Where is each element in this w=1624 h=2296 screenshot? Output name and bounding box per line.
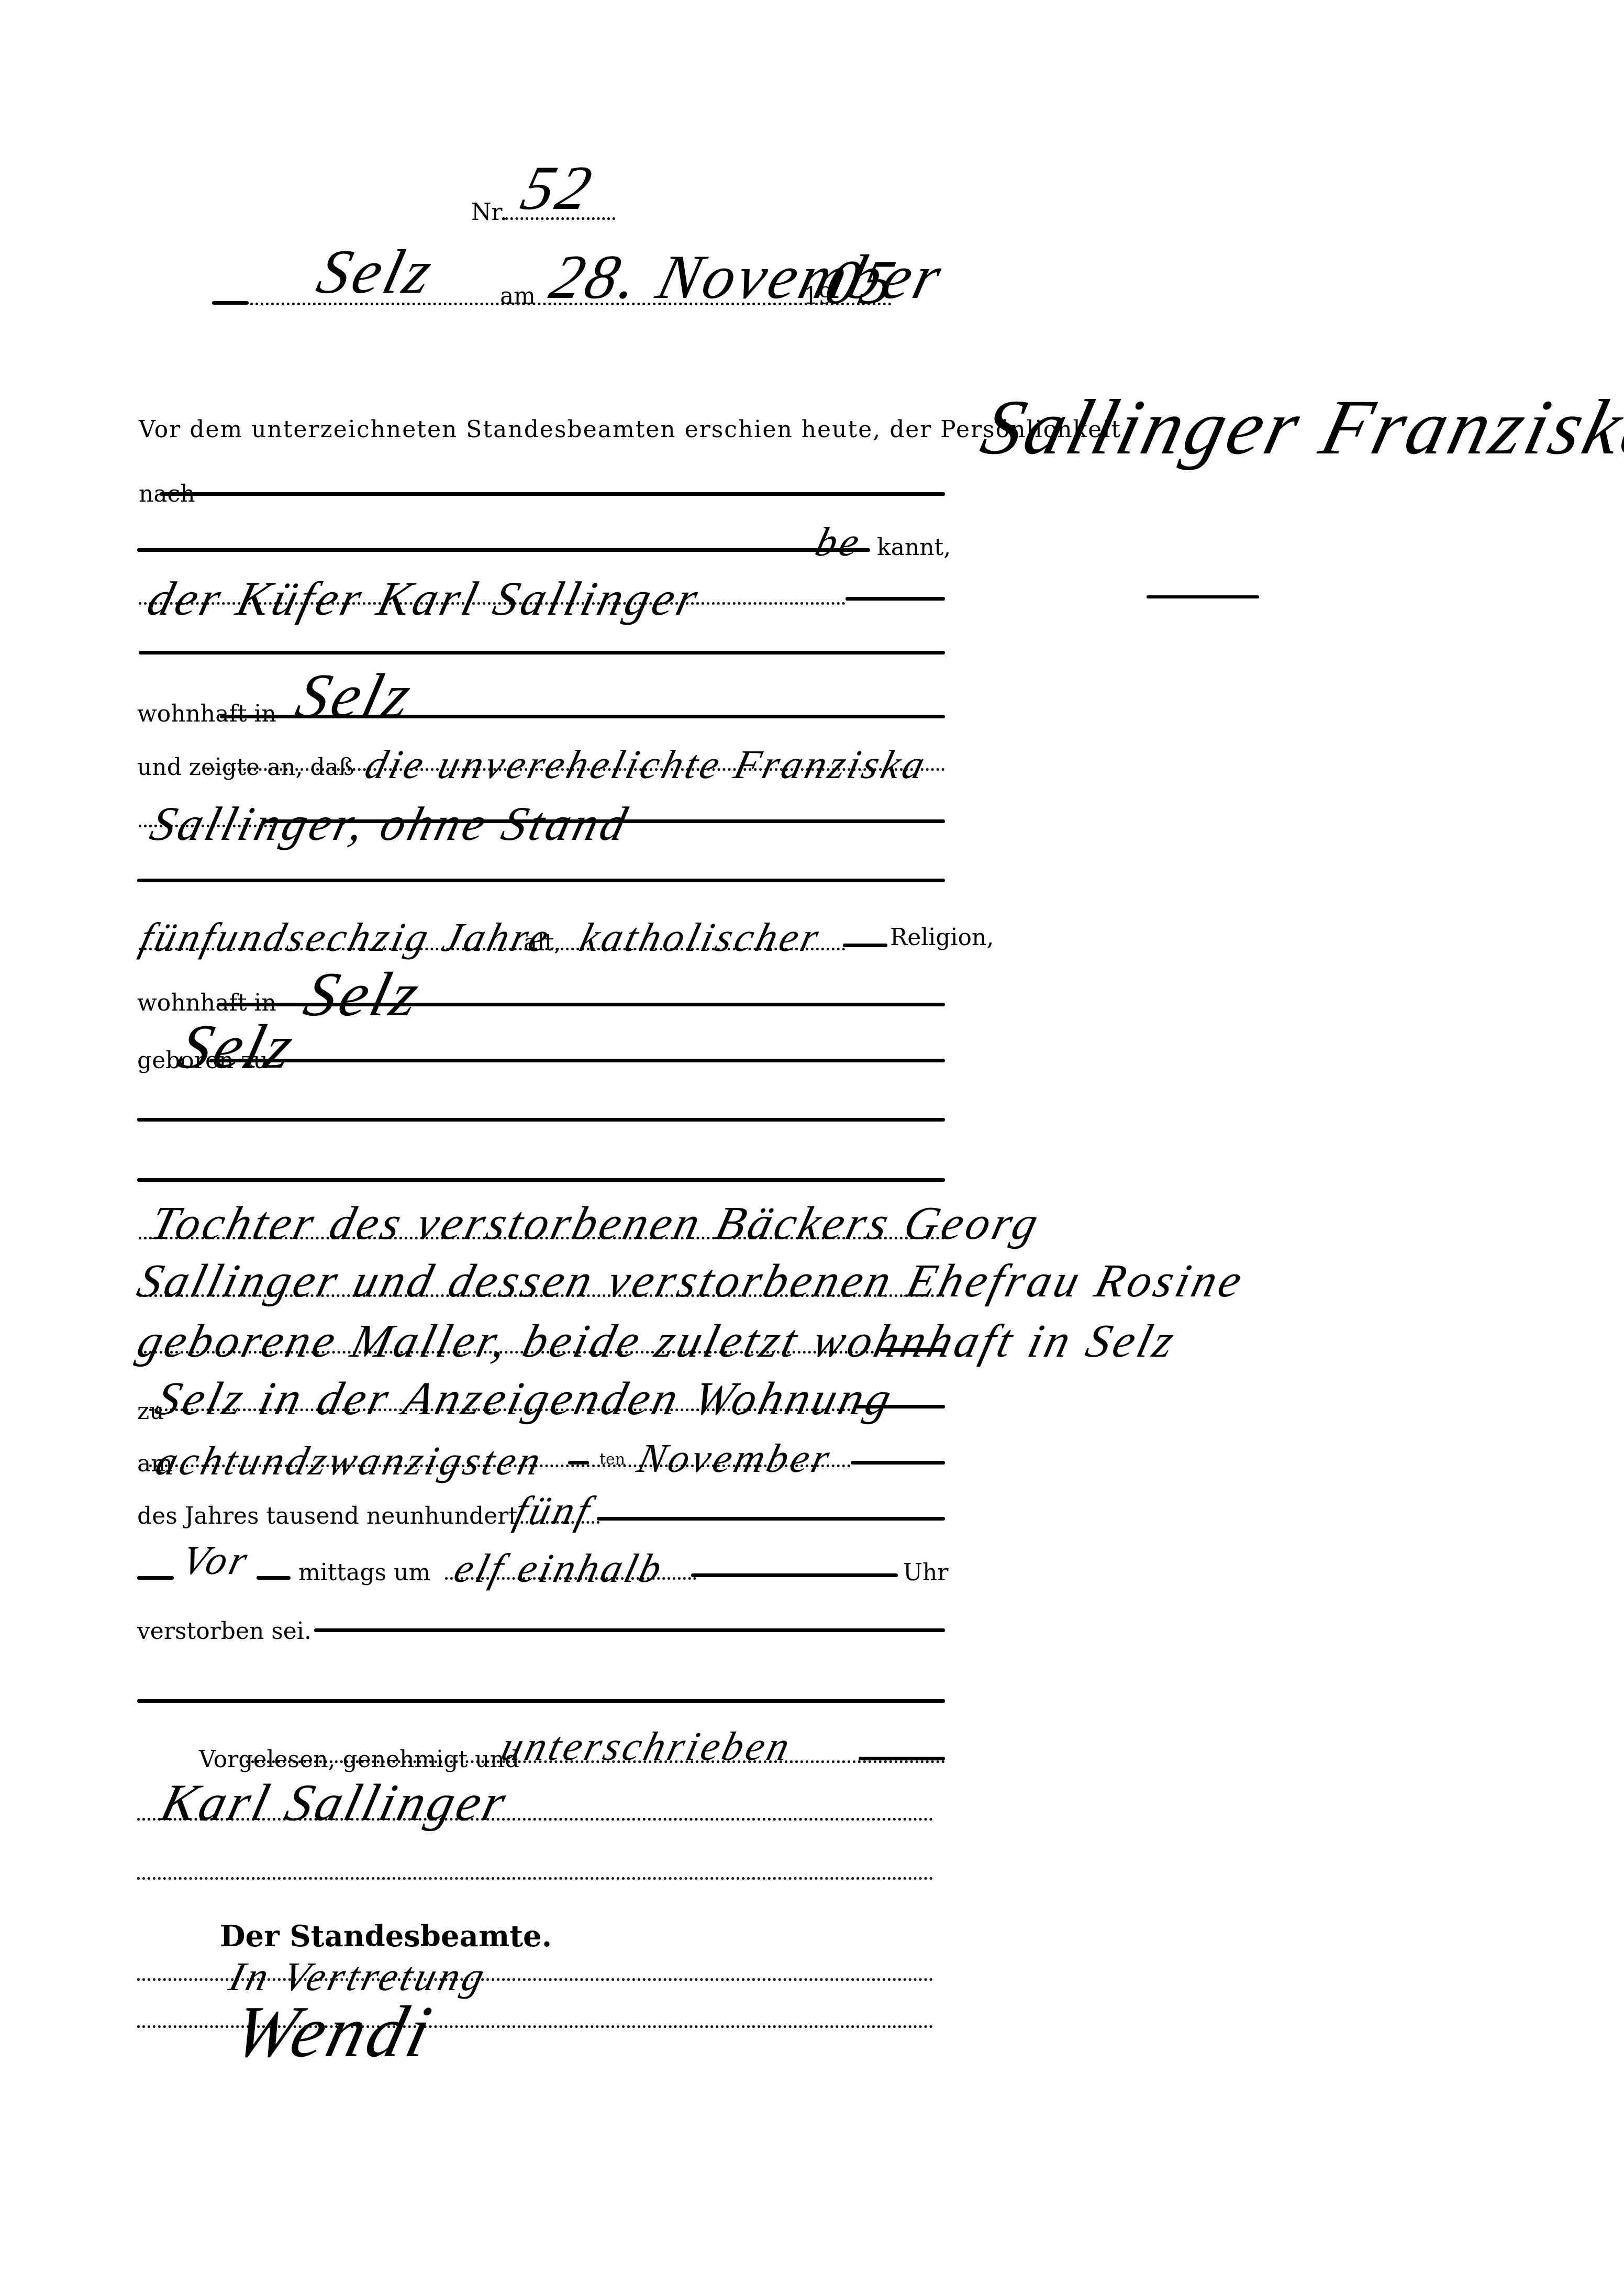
deceased-residence-line	[217, 1003, 945, 1006]
nach-line	[160, 492, 945, 496]
informant-dotted-line	[139, 602, 846, 605]
parents-dotted-line-1	[139, 1237, 945, 1239]
nr-value: 52	[515, 152, 602, 224]
parents-line-3: geborene Maller, beide zuletzt wohnhaft …	[132, 1314, 1183, 1368]
ten-label: ten	[599, 1450, 625, 1469]
informant-line-end	[846, 597, 945, 601]
official-dotted-line-1	[137, 1978, 933, 1981]
official-dotted-line-2	[137, 2025, 933, 2028]
time-line-left	[137, 1576, 174, 1580]
age-text: fünfundsechzig Jahre	[136, 914, 557, 961]
death-hour-line	[691, 1573, 898, 1577]
religion-value: katholischer	[575, 914, 827, 961]
zeigt-an-dotted-line	[207, 768, 945, 771]
deceased-line-2: Sallinger, ohne Stand	[145, 796, 636, 851]
jahres-label: des Jahres tausend neunhundert	[137, 1503, 518, 1529]
signature-dotted-line-1	[137, 1818, 933, 1821]
official-signature: Wendi	[225, 1990, 442, 2074]
parents-top-line	[137, 1178, 945, 1182]
bekannt-prefix: be	[811, 518, 867, 565]
intro-text: Vor dem unterzeichneten Standesbeamten e…	[139, 416, 1121, 443]
deceased-line-1: die unverehelichte Franziska	[361, 741, 933, 788]
mittags-label: mittags um	[298, 1559, 430, 1586]
birthplace-extra-line	[137, 1118, 945, 1122]
nr-label: Nr.	[471, 199, 507, 226]
death-year-word: fünf	[510, 1487, 598, 1534]
margin-underline	[1147, 595, 1259, 598]
age-dotted-line	[139, 948, 846, 950]
informant-extra-line	[139, 651, 945, 655]
death-month: November	[633, 1435, 838, 1482]
death-year-dotted-line	[510, 1521, 599, 1524]
death-month-line	[851, 1461, 945, 1465]
informant-residence-label: wohnhaft in	[137, 701, 276, 727]
parents-dotted-line-2	[139, 1294, 945, 1297]
informant-name: der Küfer Karl Sallinger	[142, 571, 707, 626]
death-place: Selz in der Anzeigenden Wohnung	[150, 1372, 900, 1426]
death-day: achtundzwanzigsten	[151, 1437, 549, 1484]
parents-line-end	[880, 1348, 945, 1352]
zeigt-an-label: und zeigte an, daß	[137, 754, 354, 781]
am-label: am	[500, 283, 536, 309]
registry-place: Selz	[310, 236, 442, 308]
informant-signature: Karl Sallinger	[155, 1772, 515, 1833]
vorgelesen-label: Vorgelesen, genehmigt und	[199, 1746, 519, 1773]
deceased-residence: Selz	[297, 958, 429, 1030]
religion-label: Religion,	[890, 924, 994, 951]
informant-residence-line	[220, 715, 945, 718]
time-prefix: Vor	[177, 1537, 255, 1584]
birthplace-line	[209, 1059, 945, 1062]
parents-line-2: Sallinger und dessen verstorbenen Ehefra…	[132, 1254, 1250, 1308]
register-page: Nr. 52 Selz am 28. November 19 05 Sallin…	[0, 0, 1624, 2296]
birthplace: Selz	[172, 1011, 304, 1083]
time-line-mid	[257, 1576, 291, 1580]
uhr-label: Uhr	[903, 1559, 948, 1586]
deceased-line-end	[264, 819, 945, 823]
vorgelesen-line-end	[859, 1757, 945, 1760]
vorgelesen-dotted-line	[246, 1760, 945, 1763]
closing-line	[137, 1699, 945, 1703]
place-line-left	[212, 301, 249, 305]
parents-line-1: Tochter des verstorbenen Bäckers Georg	[145, 1196, 1047, 1250]
informant-residence: Selz	[290, 660, 421, 732]
death-hour: elf einhalb	[450, 1545, 670, 1592]
parents-dotted-line-3	[139, 1351, 880, 1354]
death-year-line	[597, 1517, 945, 1521]
alt-label: alt,	[524, 929, 561, 956]
official-title: Der Standesbeamte.	[220, 1919, 552, 1954]
death-place-line-end	[856, 1405, 945, 1408]
bekannt-line	[137, 548, 870, 552]
verstorben-label: verstorben sei.	[137, 1618, 312, 1645]
deceased-dotted-line	[139, 825, 272, 827]
religion-line	[843, 944, 887, 947]
death-place-dotted-line	[149, 1408, 851, 1411]
signature-dotted-line-2	[137, 1877, 933, 1880]
death-day-line	[568, 1461, 589, 1465]
bekannt-label: kannt,	[877, 534, 951, 561]
verstorben-line	[314, 1628, 945, 1632]
death-hour-dotted-line	[445, 1577, 696, 1580]
deceased-extra-line	[137, 879, 945, 882]
